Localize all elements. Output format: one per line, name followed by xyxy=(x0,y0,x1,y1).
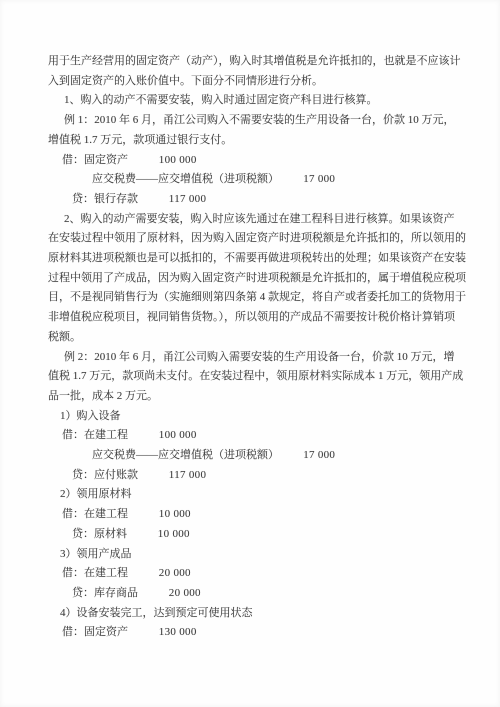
line-text: 过程中领用了产成品，因为购入固定资产时进项税额是允许抵扣的，属于增值税应税项 xyxy=(48,272,466,284)
text-line: 例 1：2010 年 6 月，甬江公司购入不需要安装的生产用设备一台，价款 10… xyxy=(48,111,466,131)
document-body: 用于生产经营用的固定资产（动产），购入时其增值税是允许抵扣的，也就是不应该计入到… xyxy=(48,52,466,643)
text-line: 1、购入的动产不需要安装，购入时通过固定资产科目进行核算。 xyxy=(48,91,466,111)
text-line: 4）设备安装完工，达到预定可使用状态 xyxy=(48,604,466,624)
line-amount: 20 000 xyxy=(159,567,191,579)
line-amount: 100 000 xyxy=(159,429,197,441)
line-text: 在安装过程中领用了原材料，因为购入固定资产时进项税额是允许抵扣的，所以领用的 xyxy=(48,232,466,244)
line-amount: 17 000 xyxy=(303,173,335,185)
line-text: 1）购入设备 xyxy=(60,410,121,422)
text-line: 借：在建工程100 000 xyxy=(48,426,466,446)
line-text: 3）领用产成品 xyxy=(60,548,132,560)
line-text: 借：固定资产 xyxy=(62,154,128,166)
line-text: 税额。 xyxy=(48,331,81,343)
line-text: 目，不是视同销售行为（实施细则第四条第 4 款规定，将自产或者委托加工的货物用于 xyxy=(48,291,466,303)
line-text: 借：在建工程 xyxy=(62,567,128,579)
line-text: 贷：原材料 xyxy=(72,528,127,540)
text-line: 贷：应付账款117 000 xyxy=(48,466,466,486)
line-text: 2、购入的动产需要安装，购入时应该先通过在建工程科目进行核算。如果该资产 xyxy=(64,213,455,225)
text-line: 借：在建工程10 000 xyxy=(48,505,466,525)
line-amount: 17 000 xyxy=(303,449,335,461)
line-text: 贷：银行存款 xyxy=(72,193,138,205)
text-line: 贷：库存商品20 000 xyxy=(48,584,466,604)
text-line: 1）购入设备 xyxy=(48,407,466,427)
line-amount: 130 000 xyxy=(159,626,197,638)
line-text: 贷：库存商品 xyxy=(72,587,138,599)
text-line: 2、购入的动产需要安装，购入时应该先通过在建工程科目进行核算。如果该资产 xyxy=(48,210,466,230)
text-line: 应交税费——应交增值税（进项税额）17 000 xyxy=(48,170,466,190)
line-text: 用于生产经营用的固定资产（动产），购入时其增值税是允许抵扣的，也就是不应该计 xyxy=(48,55,461,67)
text-line: 增值税 1.7 万元，款项通过银行支付。 xyxy=(48,131,466,151)
line-text: 贷：应付账款 xyxy=(72,469,138,481)
text-line: 贷：银行存款117 000 xyxy=(48,190,466,210)
text-line: 2）领用原材料 xyxy=(48,485,466,505)
text-line: 借：固定资产130 000 xyxy=(48,623,466,643)
line-text: 应交税费——应交增值税（进项税额） xyxy=(92,173,279,185)
line-text: 品一批，成本 2 万元。 xyxy=(48,390,158,402)
line-text: 借：在建工程 xyxy=(62,429,128,441)
text-line: 原材料其进项税额也是可以抵扣的，不需要再做进项税转出的处理；如果该资产在安装 xyxy=(48,249,466,269)
text-line: 目，不是视同销售行为（实施细则第四条第 4 款规定，将自产或者委托加工的货物用于 xyxy=(48,288,466,308)
line-amount: 10 000 xyxy=(158,528,190,540)
text-line: 过程中领用了产成品，因为购入固定资产时进项税额是允许抵扣的，属于增值税应税项 xyxy=(48,269,466,289)
text-line: 3）领用产成品 xyxy=(48,545,466,565)
line-text: 借：固定资产 xyxy=(62,626,128,638)
line-text: 原材料其进项税额也是可以抵扣的，不需要再做进项税转出的处理；如果该资产在安装 xyxy=(48,252,466,264)
line-text: 4）设备安装完工，达到预定可使用状态 xyxy=(60,607,253,619)
line-text: 值税 1.7 万元，款项尚未支付。在安装过程中，领用原材料实际成本 1 万元，领… xyxy=(48,370,463,382)
line-amount: 10 000 xyxy=(159,508,191,520)
text-line: 借：在建工程20 000 xyxy=(48,564,466,584)
text-line: 入到固定资产的入账价值中。下面分不同情形进行分析。 xyxy=(48,72,466,92)
text-line: 税额。 xyxy=(48,328,466,348)
line-amount: 100 000 xyxy=(159,154,197,166)
line-text: 增值税 1.7 万元，款项通过银行支付。 xyxy=(48,134,232,146)
line-text: 1、购入的动产不需要安装，购入时通过固定资产科目进行核算。 xyxy=(64,94,378,106)
text-line: 应交税费——应交增值税（进项税额）17 000 xyxy=(48,446,466,466)
line-text: 应交税费——应交增值税（进项税额） xyxy=(92,449,279,461)
text-line: 贷：原材料10 000 xyxy=(48,525,466,545)
line-amount: 20 000 xyxy=(169,587,201,599)
text-line: 借：固定资产100 000 xyxy=(48,151,466,171)
text-line: 例 2：2010 年 6 月，甬江公司购入需要安装的生产用设备一台，价款 10 … xyxy=(48,348,466,368)
line-text: 2）领用原材料 xyxy=(60,488,132,500)
line-amount: 117 000 xyxy=(169,469,206,481)
line-amount: 117 000 xyxy=(169,193,206,205)
line-text: 非增值税应税项目，视同销售货物。），所以领用的产成品不需要按计税价格计算销项 xyxy=(48,311,455,323)
text-line: 品一批，成本 2 万元。 xyxy=(48,387,466,407)
line-text: 例 1：2010 年 6 月，甬江公司购入不需要安装的生产用设备一台，价款 10… xyxy=(64,114,455,126)
text-line: 非增值税应税项目，视同销售货物。），所以领用的产成品不需要按计税价格计算销项 xyxy=(48,308,466,328)
line-text: 借：在建工程 xyxy=(62,508,128,520)
text-line: 在安装过程中领用了原材料，因为购入固定资产时进项税额是允许抵扣的，所以领用的 xyxy=(48,229,466,249)
text-line: 值税 1.7 万元，款项尚未支付。在安装过程中，领用原材料实际成本 1 万元，领… xyxy=(48,367,466,387)
line-text: 入到固定资产的入账价值中。下面分不同情形进行分析。 xyxy=(48,75,323,87)
line-text: 例 2：2010 年 6 月，甬江公司购入需要安装的生产用设备一台，价款 10 … xyxy=(64,351,455,363)
text-line: 用于生产经营用的固定资产（动产），购入时其增值税是允许抵扣的，也就是不应该计 xyxy=(48,52,466,72)
